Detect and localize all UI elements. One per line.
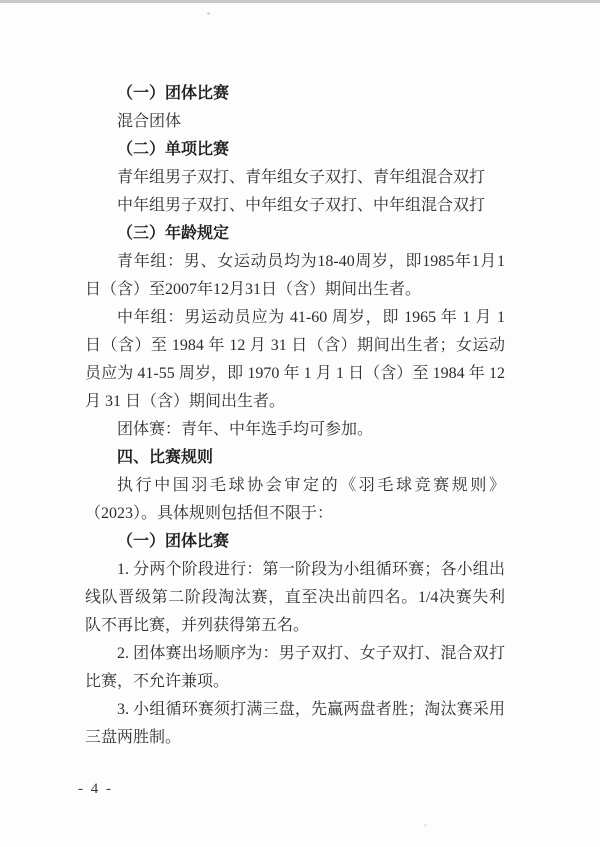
para-team-eligibility: 团体赛：青年、中年选手均可参加。 [85, 416, 505, 444]
para-mixed-team: 混合团体 [85, 108, 505, 136]
para-rule-1: 1. 分两个阶段进行：第一阶段为小组循环赛；各小组出线队晋级第二阶段淘汰赛，直至… [85, 556, 505, 640]
scan-speck [207, 12, 210, 15]
para-youth-age-rule: 青年组：男、女运动员均为18-40周岁，即1985年1月1日（含）至2007年1… [85, 248, 505, 304]
para-rule-2: 2. 团体赛出场顺序为：男子双打、女子双打、混合双打比赛，不允许兼项。 [85, 640, 505, 696]
para-rule-3: 3. 小组循环赛须打满三盘，先赢两盘者胜；淘汰赛采用三盘两胜制。 [85, 696, 505, 752]
page-number: - 4 - [78, 781, 113, 798]
para-youth-events: 青年组男子双打、青年组女子双打、青年组混合双打 [85, 164, 505, 192]
para-middle-age-events: 中年组男子双打、中年组女子双打、中年组混合双打 [85, 192, 505, 220]
heading-team-competition-rules: （一）团体比赛 [85, 528, 505, 556]
heading-team-event: （一）团体比赛 [85, 80, 505, 108]
scan-speck [424, 824, 427, 827]
heading-individual-event: （二）单项比赛 [85, 136, 505, 164]
heading-competition-rules: 四、比赛规则 [85, 444, 505, 472]
heading-age-rules: （三）年龄规定 [85, 220, 505, 248]
para-rules-basis: 执行中国羽毛球协会审定的《羽毛球竞赛规则》（2023）。具体规则包括但不限于： [85, 472, 505, 528]
document-body: （一）团体比赛 混合团体 （二）单项比赛 青年组男子双打、青年组女子双打、青年组… [85, 80, 505, 752]
para-middle-age-rule: 中年组：男运动员应为 41-60 周岁，即 1965 年 1 月 1 日（含）至… [85, 304, 505, 416]
scanned-document-page: （一）团体比赛 混合团体 （二）单项比赛 青年组男子双打、青年组女子双打、青年组… [0, 0, 600, 847]
scan-edge [0, 0, 600, 3]
